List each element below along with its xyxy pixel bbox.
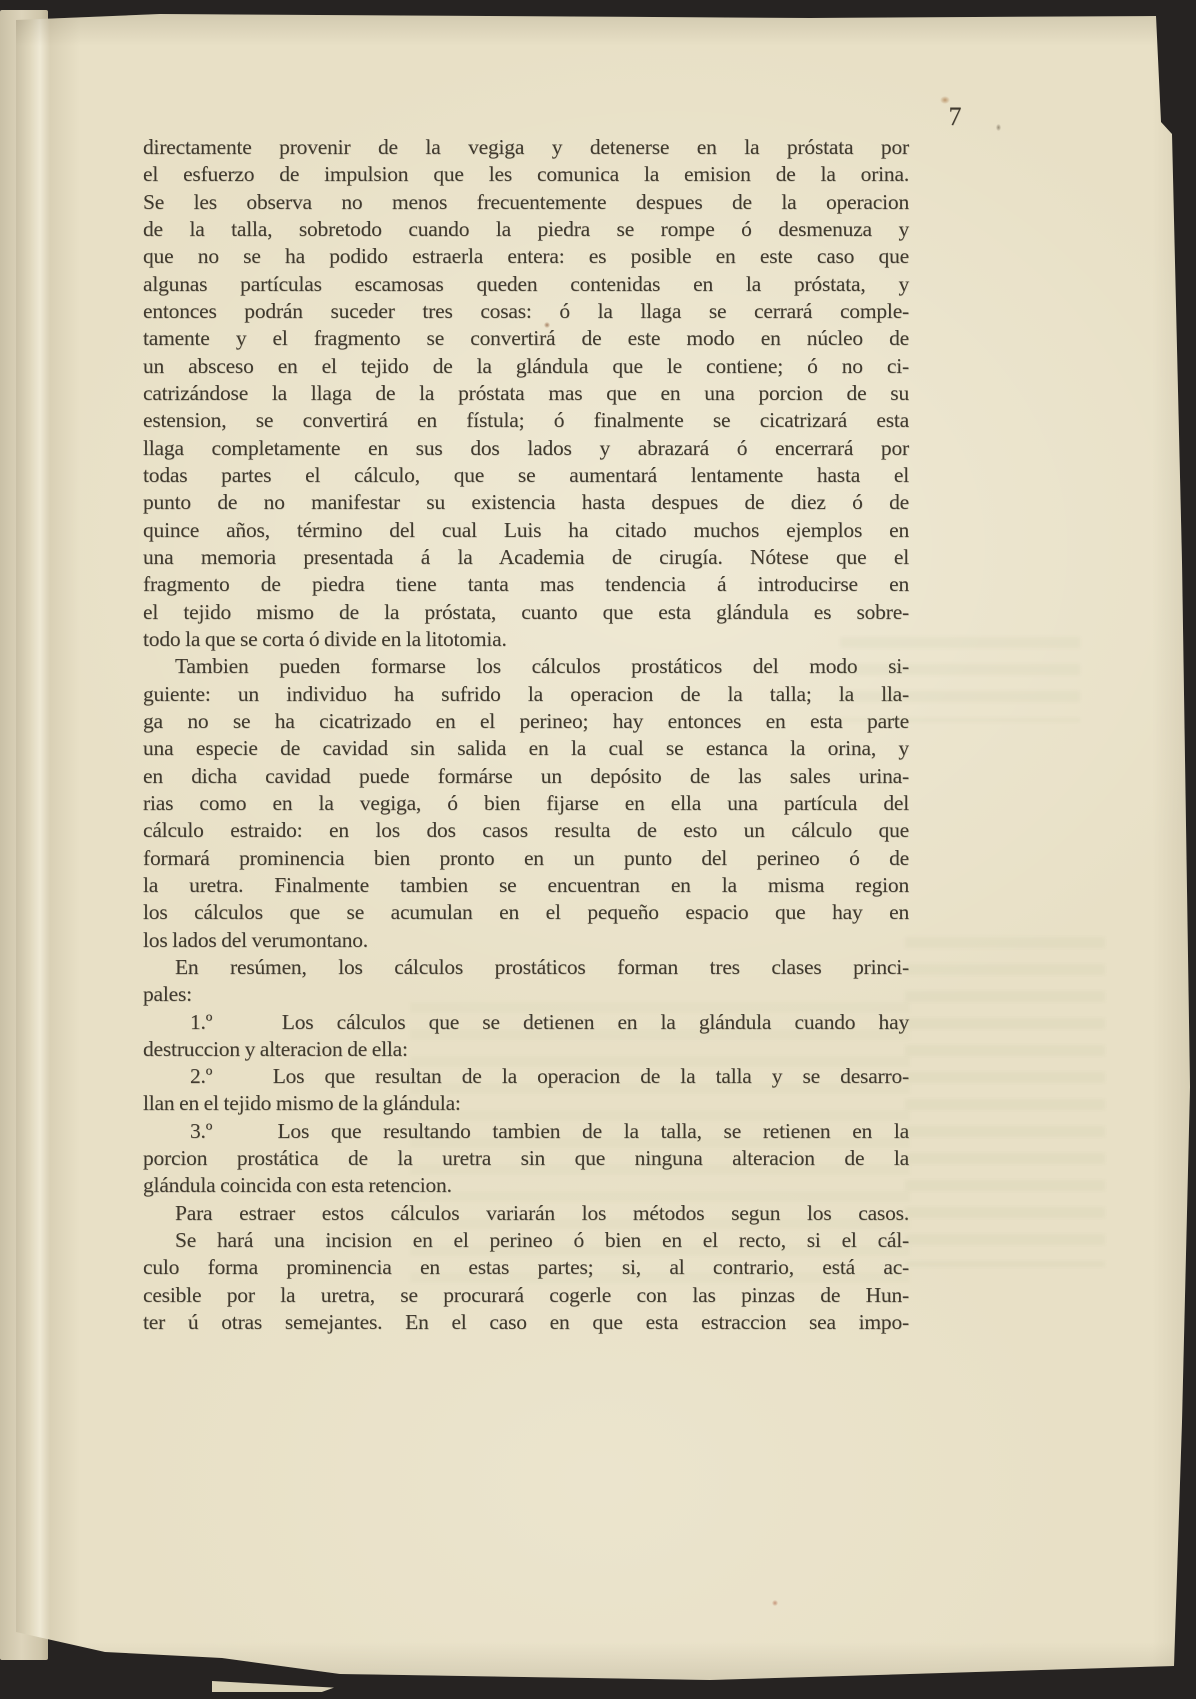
text-line: cesible por la uretra, se procurará coge… [143, 1282, 909, 1309]
text-line: llan en el tejido mismo de la glándula: [143, 1090, 909, 1117]
text-line: 1.º Los cálculos que se detienen en la g… [143, 1009, 909, 1036]
text-line: un absceso en el tejido de la glándula q… [143, 353, 909, 380]
text-line: En resúmen, los cálculos prostáticos for… [143, 954, 909, 981]
text-line: punto de no manifestar su existencia has… [143, 489, 909, 516]
text-block: directamente provenir de la vegiga y det… [143, 134, 909, 1336]
text-line: una memoria presentada á la Academia de … [143, 544, 909, 571]
text-line: Se hará una incision en el perineo ó bie… [143, 1227, 909, 1254]
text-line: ter ú otras semejantes. En el caso en qu… [143, 1309, 909, 1336]
scanned-book-photo: { "scene": { "surround_color": "#262322"… [0, 0, 1196, 1699]
text-line: Se les observa no menos frecuentemente d… [143, 189, 909, 216]
text-line: 2.º Los que resultan de la operacion de … [143, 1063, 909, 1090]
text-line: en dicha cavidad puede formárse un depós… [143, 763, 909, 790]
text-line: quince años, término del cual Luis ha ci… [143, 517, 909, 544]
text-line: Tambien pueden formarse los cálculos pro… [143, 653, 909, 680]
text-line: Para estraer estos cálculos variarán los… [143, 1200, 909, 1227]
text-line: todas partes el cálculo, que se aumentar… [143, 462, 909, 489]
foxing-spot [996, 124, 1001, 131]
text-line: tamente y el fragmento se convertirá de … [143, 325, 909, 352]
page-number: 7 [938, 102, 972, 132]
text-line: pales: [143, 981, 909, 1008]
text-line: fragmento de piedra tiene tanta mas tend… [143, 571, 909, 598]
text-line: formará prominencia bien pronto en un pu… [143, 845, 909, 872]
text-line: algunas partículas escamosas queden cont… [143, 271, 909, 298]
foxing-spot [772, 1600, 778, 1606]
text-line: culo forma prominencia en estas partes; … [143, 1254, 909, 1281]
book-page: 7 directamente provenir de la vegiga y d… [10, 12, 1190, 1682]
text-line: entonces podrán suceder tres cosas: ó la… [143, 298, 909, 325]
text-line: ga no se ha cicatrizado en el perineo; h… [143, 708, 909, 735]
text-line: porcion prostática de la uretra sin que … [143, 1145, 909, 1172]
text-line: estension, se convertirá en fístula; ó f… [143, 407, 909, 434]
show-through-text [905, 937, 1105, 1267]
text-line: una especie de cavidad sin salida en la … [143, 735, 909, 762]
text-line: directamente provenir de la vegiga y det… [143, 134, 909, 161]
text-line: la uretra. Finalmente tambien se encuent… [143, 872, 909, 899]
text-line: llaga completamente en sus dos lados y a… [143, 435, 909, 462]
page-corner-tip [212, 1681, 334, 1692]
text-line: glándula coincida con esta retencion. [143, 1172, 909, 1199]
text-line: el esfuerzo de impulsion que les comunic… [143, 161, 909, 188]
text-line: los lados del verumontano. [143, 927, 909, 954]
text-line: destruccion y alteracion de ella: [143, 1036, 909, 1063]
text-line: todo la que se corta ó divide en la lito… [143, 626, 909, 653]
text-line: que no se ha podido estraerla entera: es… [143, 243, 909, 270]
text-line: rias como en la vegiga, ó bien fijarse e… [143, 790, 909, 817]
text-line: 3.º Los que resultando tambien de la tal… [143, 1118, 909, 1145]
text-line: los cálculos que se acumulan en el peque… [143, 899, 909, 926]
text-line: de la talla, sobretodo cuando la piedra … [143, 216, 909, 243]
text-line: el tejido mismo de la próstata, cuanto q… [143, 599, 909, 626]
text-line: guiente: un individuo ha sufrido la oper… [143, 681, 909, 708]
text-line: catrizándose la llaga de la próstata mas… [143, 380, 909, 407]
text-line: cálculo estraido: en los dos casos resul… [143, 817, 909, 844]
